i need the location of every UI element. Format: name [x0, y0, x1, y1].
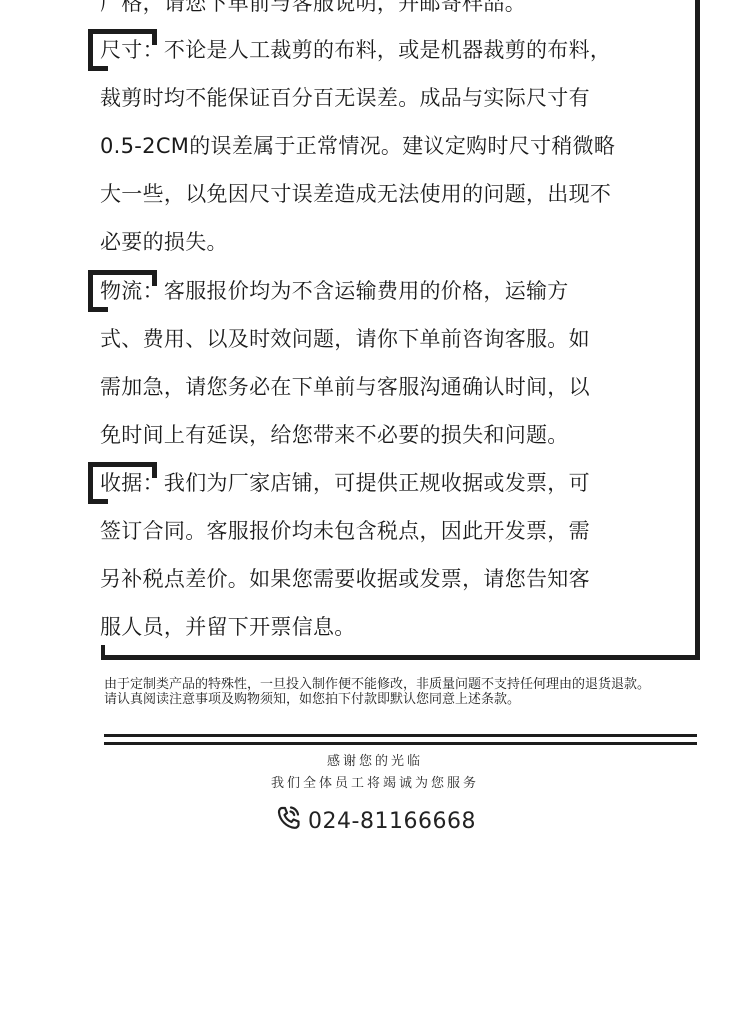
section-label-logistics: 物流 [100, 276, 143, 306]
section-size-line-5: 必要的损失。 [100, 227, 228, 257]
divider-line [104, 734, 697, 737]
section-receipt-line-3: 另补税点差价。如果您需要收据或发票，请您告知客 [100, 564, 590, 594]
section-receipt-line-1: 收据：我们为厂家店铺，可提供正规收据或发票，可 [100, 468, 590, 498]
panel-border-bottom [101, 655, 700, 660]
section-size-line-3: 0.5-2CM的误差属于正常情况。建议定购时尺寸稍微略 [100, 131, 615, 161]
phone-number: 024-81166668 [308, 809, 476, 834]
phone-call-icon [274, 803, 304, 839]
service-text: 我们全体员工将竭诚为您服务 [0, 772, 750, 791]
terms-panel: 厂格，请您下单前与客服说明，并邮寄样品。 尺寸：不论是人工裁剪的布料，或是机器裁… [0, 0, 750, 660]
section-receipt-line-4: 服人员，并留下开票信息。 [100, 612, 356, 642]
divider-line [104, 742, 697, 745]
section-logistics-line-1: 物流：客服报价均为不含运输费用的价格，运输方 [100, 276, 569, 306]
disclaimer-line-2: 请认真阅读注意事项及购物须知，如您拍下付款即默认您同意上述条款。 [104, 692, 700, 707]
section-logistics-line-4: 免时间上有延误，给您带来不必要的损失和问题。 [100, 420, 569, 450]
section-receipt-line-2: 签订合同。客服报价均未包含税点，因此开发票，需 [100, 516, 590, 546]
section-logistics-line-3: 需加急，请您务必在下单前与客服沟通确认时间，以 [100, 372, 590, 402]
partial-text-line: 厂格，请您下单前与客服说明，并邮寄样品。 [100, 0, 526, 18]
panel-border-corner [101, 645, 105, 657]
section-label-size: 尺寸 [100, 35, 143, 65]
section-size-line-2: 裁剪时均不能保证百分百无误差。成品与实际尺寸有 [100, 83, 590, 113]
disclaimer-notice: 由于定制类产品的特殊性，一旦投入制作便不能修改，非质量问题不支持任何理由的退货退… [104, 677, 700, 707]
section-label-receipt: 收据 [100, 468, 143, 498]
disclaimer-line-1: 由于定制类产品的特殊性，一旦投入制作便不能修改，非质量问题不支持任何理由的退货退… [104, 677, 700, 692]
thanks-text: 感谢您的光临 [0, 750, 750, 769]
section-size-line-4: 大一些，以免因尺寸误差造成无法使用的问题，出现不 [100, 179, 611, 209]
section-size-line-1: 尺寸：不论是人工裁剪的布料，或是机器裁剪的布料， [100, 35, 611, 65]
panel-border-right [695, 0, 700, 660]
phone-contact: 024-81166668 [0, 803, 750, 839]
section-logistics-line-2: 式、费用、以及时效问题，请你下单前咨询客服。如 [100, 324, 590, 354]
